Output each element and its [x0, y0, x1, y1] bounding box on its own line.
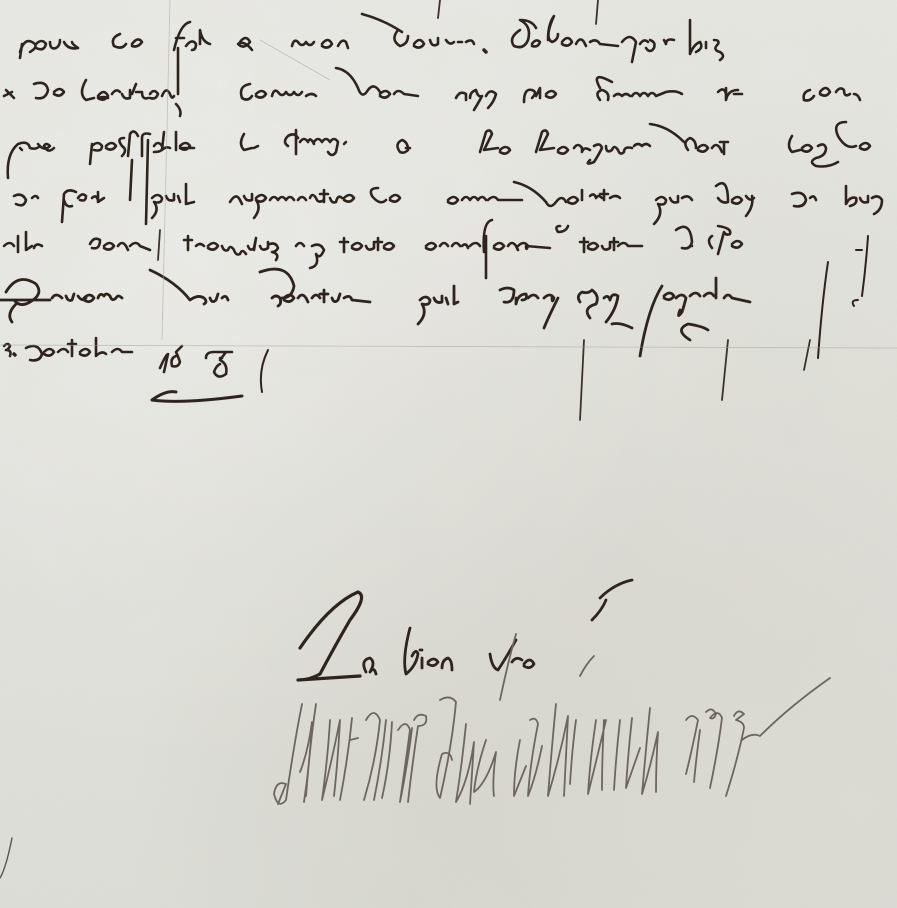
- body-line-1: poure le faict de mon douaire. Je vous p…: [18, 24, 652, 54]
- date-month: doctobre: [26, 336, 125, 361]
- date-year: 1568: [156, 346, 212, 371]
- body-line-4: de sorte quil augmentera la bonne volunt…: [14, 180, 785, 210]
- closing: La bien vre: [296, 620, 571, 676]
- body-line-6: Priant dieu donnier quil vous ayt en sa …: [0, 280, 595, 310]
- letter-page: poure le faict de mon douaire. Je vous p…: [0, 0, 897, 908]
- date-day: 3: [4, 336, 18, 361]
- body-line-3: sera possible le chemyn a la longueur do…: [6, 130, 659, 160]
- body-line-6-ink: [0, 262, 858, 358]
- signature: Caterine: [280, 700, 649, 798]
- body-line-5: elle vous trouverez en toutes occasions …: [4, 228, 722, 258]
- body-line-2: de lexecution comme vous aves este ordon…: [4, 78, 737, 108]
